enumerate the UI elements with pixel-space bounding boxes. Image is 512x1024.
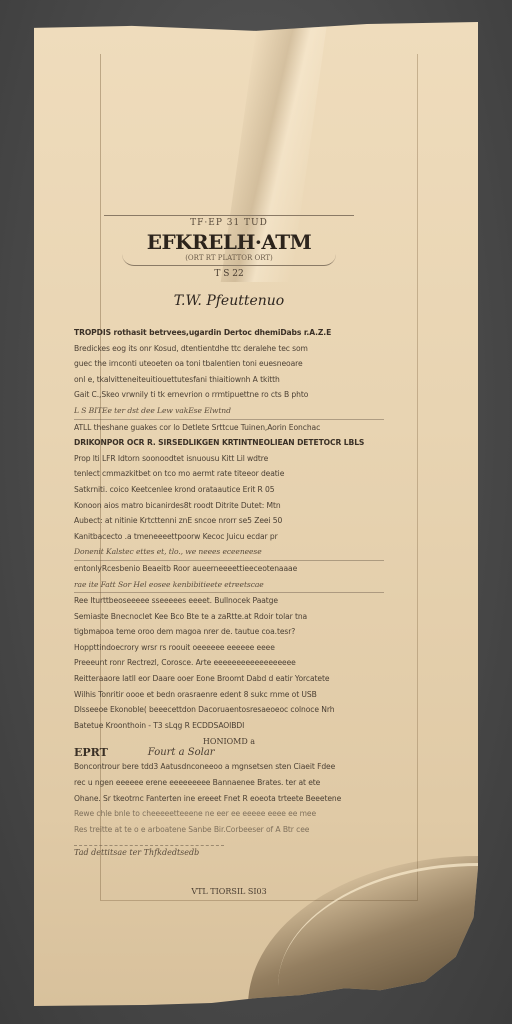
body-line: Donenit Kalstec ettes et, tlo., we neees…: [74, 544, 384, 561]
signature-line: Tad dettitsae ter Thfkdedtsedb: [74, 845, 224, 857]
body-line: Gait C.,Skeo vrwnily ti tk ernevrion o r…: [74, 387, 384, 403]
body-line: Ree Iturttbeoseeeee sseeeees eeeet. Bull…: [74, 593, 384, 609]
body-line: Konoon aios matro bicanirdes8t roodt Dit…: [74, 498, 384, 514]
document-subtitle: (ORT RT PLATTOR ORT): [122, 254, 336, 266]
body-line: Hoppttindoecrory wrsr rs roouit oeeeeee …: [74, 640, 384, 656]
body-line: Reitteraaore Iatll eor Daare ooer Eone B…: [74, 671, 384, 687]
closing-line: Boncontrour bere tdd3 Aatusdnconeeoo a m…: [74, 759, 384, 775]
body-line: rae ite Fatt Sor Hel eosee kenbibitieete…: [74, 577, 384, 594]
body-line: Kanitbacecto .a tmeneeeettpoorw Kecoc Ju…: [74, 529, 384, 545]
closing-handwriting: Fourt a Solar: [148, 747, 215, 758]
body-line: Preeeunt ronr Rectrezl, Corosce. Arte ee…: [74, 655, 384, 671]
closing-line: rec u ngen eeeeee erene eeeeeeeee Bannae…: [74, 775, 384, 791]
body-line: Aubect: at nitinie Krtcttenni znE sncoe …: [74, 513, 384, 529]
document-title: EFKRELH·ATM: [74, 230, 384, 254]
document-content: TF·EP 31 TUD EFKRELH·ATM (ORT RT PLATTOR…: [74, 215, 384, 896]
body-line: tenlect cmmazkitbet on tco mo aermt rate…: [74, 466, 384, 482]
closing-line: Rewe chle bnle to cheeeeetteeene ne eer …: [74, 806, 384, 822]
body-line: onl e, tkalvitteneiteuitiouettutesfani t…: [74, 372, 384, 388]
body-line: tigbmaooa teme oroo dem magoa nrer de. t…: [74, 624, 384, 640]
body-line: ATLL theshane guakes cor lo Detlete Srtt…: [74, 420, 384, 436]
body-line: entonlyRcesbenio Beaeitb Roor aueerneeee…: [74, 561, 384, 577]
body-text: TROPDIS rothasit betrvees,ugardin Dertoc…: [74, 325, 384, 733]
body-line: DRIKONPOR OCR R. SIRSEDLIKGEN KRTINTNEOL…: [74, 435, 384, 451]
body-line: Batetue Kroonthoin - T3 sLqg R ECDDSAOIB…: [74, 718, 384, 734]
body-line: L S BITEe ter dst dee Lew vakEse Elwtnd: [74, 403, 384, 420]
body-line: Satkrniti. coico Keetcenlee krond orataa…: [74, 482, 384, 498]
body-line: Wilhis Tonritir oooe et bedn orasraenre …: [74, 687, 384, 703]
document-number: T S 22: [74, 269, 384, 279]
body-line: guec the irnconti uteoeten oa toni tbale…: [74, 356, 384, 372]
closing-line: Ohane. Sr tkeotrnc Fanterten ine ereeet …: [74, 791, 384, 807]
body-line: Prop lti LFR Idtorn soonoodtet isnuousu …: [74, 451, 384, 467]
body-line: Dlsseeoe Ekonoble( beeecettdon Dacoruaen…: [74, 702, 384, 718]
signature-heading: T.W. Pfeuttenuo: [74, 293, 384, 309]
closing-mark: EPRT: [74, 746, 108, 759]
header-top-line: TF·EP 31 TUD: [104, 215, 354, 228]
document-footer: VTL TIORSIL SI03: [74, 887, 384, 896]
body-line: Semiaste Bnecnoclet Kee Bco Bte te a zaR…: [74, 609, 384, 625]
body-line: TROPDIS rothasit betrvees,ugardin Dertoc…: [74, 325, 384, 341]
closing-line: Res treitte at te o e arboatene Sanbe Bi…: [74, 822, 384, 838]
closing-center-line: HONIOMD a: [74, 737, 384, 746]
closing-text: Boncontrour bere tdd3 Aatusdnconeeoo a m…: [74, 759, 384, 837]
body-line: Bredickes eog its onr Kosud, dtentientdh…: [74, 341, 384, 357]
